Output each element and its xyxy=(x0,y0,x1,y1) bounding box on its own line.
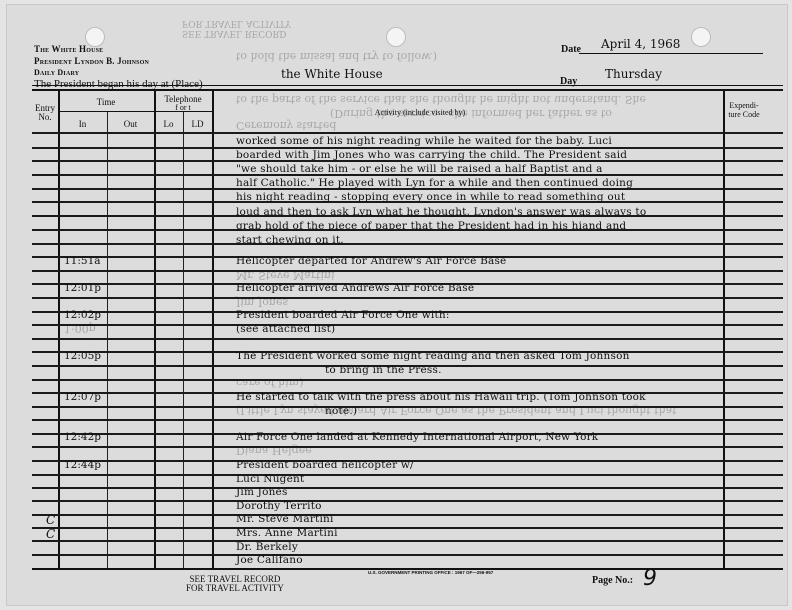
date-value: April 4, 1968 xyxy=(601,37,680,51)
entry-no-header: Entry No. xyxy=(32,104,58,122)
ruled-line xyxy=(32,514,783,516)
entry-activity: Helicopter arrived Andrews Air Force Bas… xyxy=(236,282,474,294)
travel-note-line: FOR TRAVEL ACTIVITY xyxy=(186,584,284,593)
time-header: Time xyxy=(58,98,154,107)
entry-mark: C xyxy=(46,513,55,527)
form-name-label: Daily Diary xyxy=(34,68,79,77)
entry-activity-continued: "we should take him - or else he will be… xyxy=(236,163,603,175)
ruled-line xyxy=(32,379,783,381)
bleed-through-text: Ceremony started xyxy=(236,119,336,132)
entry-activity-continued: Mrs. Anne Martini xyxy=(236,527,338,539)
page-number-value: 9 xyxy=(643,566,657,591)
entry-time-in: 12:42p xyxy=(64,431,101,443)
telephone-sub-header: f or t xyxy=(154,103,212,112)
ruled-line xyxy=(32,297,783,299)
time-in-header: In xyxy=(58,120,107,129)
entry-activity: President boarded helicopter w/ xyxy=(236,459,414,471)
ruled-line xyxy=(32,243,783,245)
ruled-line xyxy=(32,527,783,529)
entry-activity: He started to talk with the press about … xyxy=(236,391,646,403)
date-label: Date xyxy=(561,44,581,55)
travel-record-note: SEE TRAVEL RECORD FOR TRAVEL ACTIVITY xyxy=(186,575,284,593)
punch-hole xyxy=(691,27,711,47)
date-underline xyxy=(579,53,763,54)
ruled-line xyxy=(32,554,783,556)
bleed-through-text: SEE TRAVEL RECORD xyxy=(182,28,287,38)
entry-activity-continued: note.) xyxy=(325,405,357,417)
entry-activity: Air Force One landed at Kennedy Internat… xyxy=(236,431,598,443)
activity-header: Activity (include visited by) xyxy=(320,108,520,117)
entry-activity-continued: grab hold of the piece of paper that the… xyxy=(236,220,626,232)
ruled-line xyxy=(32,474,783,476)
header-top-rule-thin xyxy=(32,85,783,86)
ruled-line xyxy=(32,487,783,489)
entry-time-in: 12:44p xyxy=(64,459,101,471)
bleed-through-text: to hold the missal and try to follow.) xyxy=(236,50,437,63)
lo-header: Lo xyxy=(154,120,183,129)
entry-time-in: 12:01p xyxy=(64,282,101,294)
ld-header: LD xyxy=(183,120,212,129)
entry-activity-continued: his night reading - stopping every once … xyxy=(236,191,625,203)
entry-activity-continued: boarded with Jim Jones who was carrying … xyxy=(236,149,627,161)
bleed-through-text: to the parts of the service that she tho… xyxy=(236,93,646,106)
ruled-line xyxy=(32,324,783,326)
day-value: Thursday xyxy=(605,67,662,81)
ruled-line xyxy=(32,270,783,272)
entry-activity-continued: Mr. Steve Martini xyxy=(236,513,334,525)
entry-activity-continued: start chewing on it. xyxy=(236,234,344,246)
entry-time-in: 11:51a xyxy=(64,255,101,267)
ruled-line xyxy=(32,406,783,408)
entry-activity: The President worked some night reading … xyxy=(236,350,630,362)
ruled-line xyxy=(32,446,783,448)
expenditure-header: Expendi- ture Code xyxy=(724,101,764,119)
entry-activity-continued: half Catholic." He played with Lyn for a… xyxy=(236,177,633,189)
org-label: The White House xyxy=(34,44,103,54)
time-out-header: Out xyxy=(107,120,154,129)
ruled-line xyxy=(32,500,783,502)
president-label: President Lyndon B. Johnson xyxy=(34,56,149,66)
bleed-through-text: care of him) xyxy=(236,376,304,389)
ruled-line xyxy=(32,132,783,134)
entry-activity: President boarded Air Force One with: xyxy=(236,309,450,321)
entry-activity-continued: Joe Califano xyxy=(236,554,303,566)
ruled-line xyxy=(32,338,783,340)
ruled-line xyxy=(32,540,783,542)
header-top-rule xyxy=(32,89,783,91)
entry-activity-continued: Dorothy Territo xyxy=(236,500,322,512)
entry-mark: C xyxy=(46,527,55,541)
entry-activity-continued: Dr. Berkely xyxy=(236,541,298,553)
place-value: the White House xyxy=(281,67,383,81)
entry-activity-continued: Luci Nugent xyxy=(236,473,304,485)
page-number-label: Page No.: xyxy=(592,575,633,586)
entry-activity: Helicopter departed for Andrew's Air For… xyxy=(236,255,506,267)
entry-activity-continued: loud and then to ask Lyn what he thought… xyxy=(236,206,646,218)
entry-activity: worked some of his night reading while h… xyxy=(236,135,612,147)
entry-activity-continued: Jim Jones xyxy=(236,486,288,498)
gpo-imprint: U.S. GOVERNMENT PRINTING OFFICE : 1967 O… xyxy=(368,570,493,575)
ruled-line xyxy=(32,419,783,421)
bleed-through-text: FOR TRAVEL ACTIVITY xyxy=(182,18,291,28)
entry-activity-continued: to bring in the Press. xyxy=(325,364,442,376)
entry-time-in: 12:05p xyxy=(64,350,101,362)
punch-hole xyxy=(386,27,406,47)
entry-activity-continued: (see attached list) xyxy=(236,323,335,335)
entry-time-in: 12:07p xyxy=(64,391,101,403)
entry-time-in: 12:02p xyxy=(64,309,101,321)
